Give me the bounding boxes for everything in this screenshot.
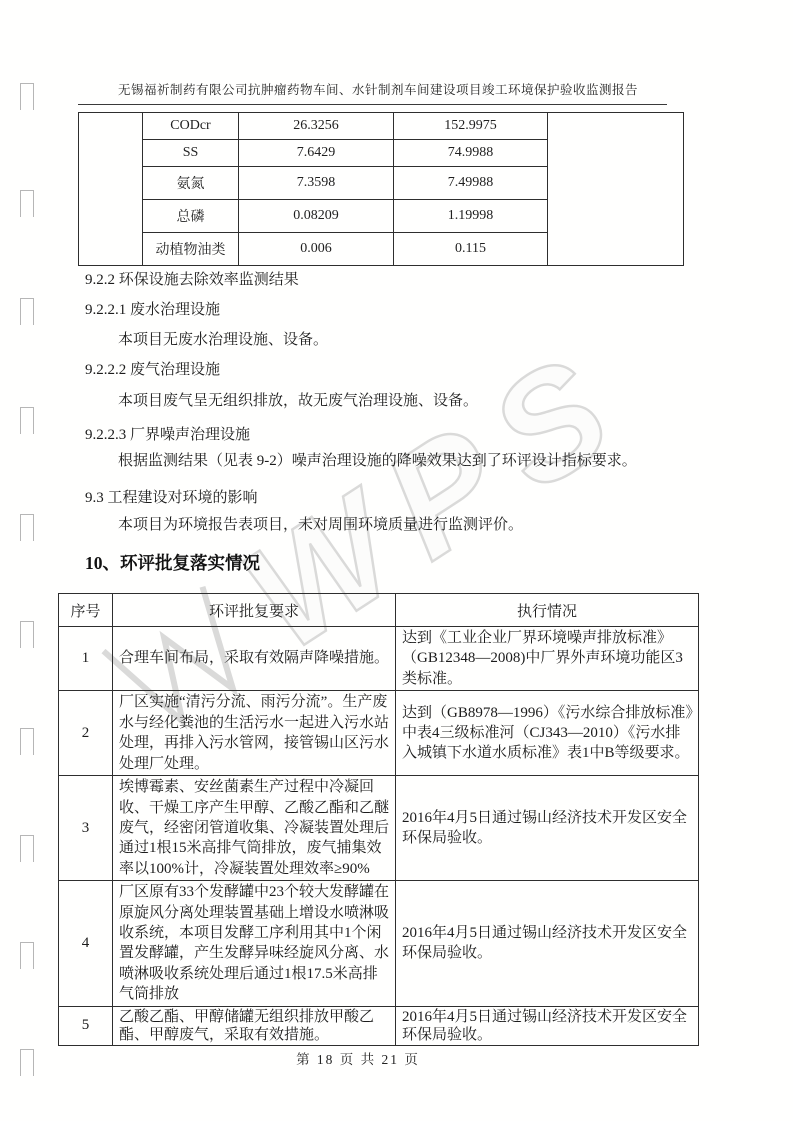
value-cell: 0.006 (239, 232, 394, 265)
value-cell: 74.9988 (394, 139, 548, 166)
monitoring-results-table: CODcr 26.3256 152.9975 SS 7.6429 74.9988… (78, 112, 684, 266)
requirement-cell: 厂区原有33个发酵罐中23个较大发酵罐在原旋风分离处理装置基础上增设水喷淋吸收系… (113, 881, 396, 1006)
column-header-exec: 执行情况 (396, 594, 699, 627)
execution-cell: 2016年4月5日通过锡山经济技术开发区安全环保局验收。 (396, 776, 699, 881)
section-paragraph: 本项目无废水治理设施、设备。 (118, 328, 328, 349)
section-heading: 9.2.2 环保设施去除效率监测结果 (85, 268, 299, 289)
column-header-no: 序号 (59, 594, 113, 627)
empty-left-cell (79, 113, 143, 266)
table-header-row: 序号 环评批复要求 执行情况 (59, 594, 699, 627)
section-heading: 9.3 工程建设对环境的影响 (85, 486, 258, 507)
row-number: 2 (59, 691, 113, 776)
section-paragraph: 本项目废气呈无组织排放，故无废气治理设施、设备。 (118, 389, 478, 410)
row-number: 1 (59, 627, 113, 691)
value-cell: 26.3256 (239, 113, 394, 140)
value-cell: 0.115 (394, 232, 548, 265)
table-row: 1 合理车间布局，采取有效隔声降噪措施。 达到《工业企业厂界环境噪声排放标准》（… (59, 627, 699, 691)
param-cell: SS (143, 139, 239, 166)
binding-hole-mark (20, 835, 34, 862)
param-cell: 动植物油类 (143, 232, 239, 265)
value-cell: 1.19998 (394, 199, 548, 232)
scanned-report-page: WPS 无锡福祈制药有限公司抗肿瘤药物车间、水针制剂车间建设项目竣工环境保护验收… (0, 0, 793, 1121)
chapter-heading: 10、环评批复落实情况 (85, 550, 260, 575)
table-row: CODcr 26.3256 152.9975 (79, 113, 684, 140)
requirement-cell: 乙酸乙酯、甲醇储罐无组织排放甲酸乙酯、甲醇废气，采取有效措施。 (113, 1006, 396, 1045)
binding-hole-mark (20, 298, 34, 325)
requirement-cell: 合理车间布局，采取有效隔声降噪措施。 (113, 627, 396, 691)
binding-hole-mark (20, 1049, 34, 1076)
execution-cell: 2016年4月5日通过锡山经济技术开发区安全环保局验收。 (396, 1006, 699, 1045)
binding-hole-mark (20, 514, 34, 541)
value-cell: 7.3598 (239, 166, 394, 199)
section-paragraph: 根据监测结果（见表 9-2）噪声治理设施的降噪效果达到了环评设计指标要求。 (118, 449, 637, 470)
binding-hole-mark (20, 83, 34, 110)
section-heading: 9.2.2.2 废气治理设施 (85, 358, 220, 379)
section-paragraph: 本项目为环境报告表项目，未对周围环境质量进行监测评价。 (118, 513, 523, 534)
table-row: 3 埃博霉素、安丝菌素生产过程中冷凝回收、干燥工序产生甲醇、乙酸乙酯和乙醚废气，… (59, 776, 699, 881)
requirement-cell: 埃博霉素、安丝菌素生产过程中冷凝回收、干燥工序产生甲醇、乙酸乙酯和乙醚废气，经密… (113, 776, 396, 881)
binding-hole-mark (20, 728, 34, 755)
header-rule (78, 104, 667, 105)
table-row: 5 乙酸乙酯、甲醇储罐无组织排放甲酸乙酯、甲醇废气，采取有效措施。 2016年4… (59, 1006, 699, 1045)
value-cell: 7.6429 (239, 139, 394, 166)
execution-cell: 达到（GB8978—1996）《污水综合排放标准》中表4三级标准河（CJ343—… (396, 691, 699, 776)
row-number: 4 (59, 881, 113, 1006)
section-heading: 9.2.2.3 厂界噪声治理设施 (85, 423, 250, 444)
value-cell: 152.9975 (394, 113, 548, 140)
requirement-cell: 厂区实施“清污分流、雨污分流”。生产废水与经化粪池的生活污水一起进入污水站处理，… (113, 691, 396, 776)
binding-hole-mark (20, 942, 34, 969)
row-number: 3 (59, 776, 113, 881)
table-row: 2 厂区实施“清污分流、雨污分流”。生产废水与经化粪池的生活污水一起进入污水站处… (59, 691, 699, 776)
binding-hole-mark (20, 190, 34, 217)
param-cell: 总磷 (143, 199, 239, 232)
column-header-req: 环评批复要求 (113, 594, 396, 627)
param-cell: CODcr (143, 113, 239, 140)
binding-hole-mark (20, 621, 34, 648)
execution-cell: 2016年4月5日通过锡山经济技术开发区安全环保局验收。 (396, 881, 699, 1006)
approval-implementation-table: 序号 环评批复要求 执行情况 1 合理车间布局，采取有效隔声降噪措施。 达到《工… (58, 593, 699, 1046)
page-number: 第 18 页 共 21 页 (58, 1048, 658, 1068)
execution-cell: 达到《工业企业厂界环境噪声排放标准》（GB12348—2008)中厂界外声环境功… (396, 627, 699, 691)
section-heading: 9.2.2.1 废水治理设施 (85, 298, 220, 319)
row-number: 5 (59, 1006, 113, 1045)
table-row: 4 厂区原有33个发酵罐中23个较大发酵罐在原旋风分离处理装置基础上增设水喷淋吸… (59, 881, 699, 1006)
binding-hole-mark (20, 407, 34, 434)
value-cell: 7.49988 (394, 166, 548, 199)
empty-right-cell (548, 113, 684, 266)
param-cell: 氨氮 (143, 166, 239, 199)
page-header-title: 无锡福祈制药有限公司抗肿瘤药物车间、水针制剂车间建设项目竣工环境保护验收监测报告 (58, 80, 698, 98)
value-cell: 0.08209 (239, 199, 394, 232)
